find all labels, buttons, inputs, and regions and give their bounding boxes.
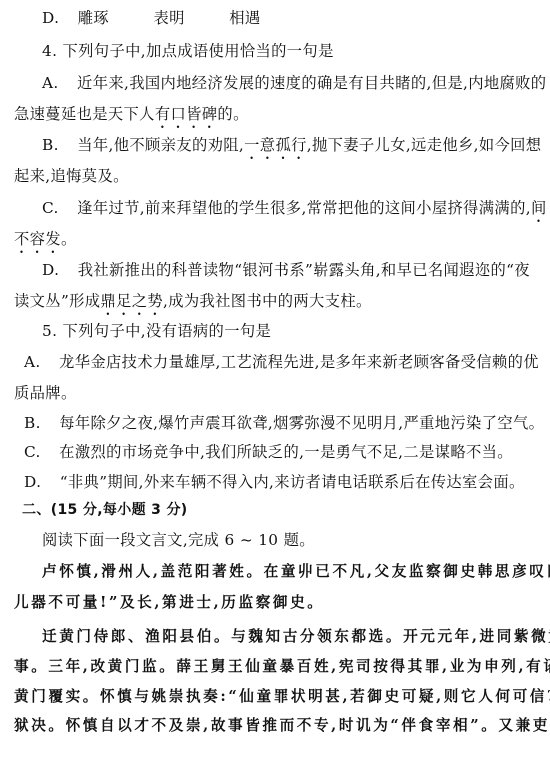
question-4-option-c-line-2: 不容发。 bbox=[14, 229, 77, 257]
option-label: D. bbox=[42, 9, 59, 27]
passage-line: 儿器不可量!”及长,第进士,历监察御史。 bbox=[14, 593, 324, 613]
emphasized-idiom: 间 bbox=[531, 199, 547, 217]
option-text: 每年除夕之夜,爆竹声震耳欲聋,烟雾弥漫不见明月,严重地污染了空气。 bbox=[59, 414, 544, 432]
option-text: 。 bbox=[61, 230, 77, 248]
question-4-option-b-line-1: B. 当年,他不顾亲友的劝阻,一意孤行,抛下妻子儿女,远走他乡,如今回想 bbox=[42, 135, 541, 163]
question-4-option-b-line-2: 起来,追悔莫及。 bbox=[14, 166, 129, 186]
option-label: D. bbox=[24, 473, 41, 491]
option-label: A. bbox=[42, 74, 59, 92]
option-label: D. bbox=[42, 261, 59, 279]
question-5-option-b: B. 每年除夕之夜,爆竹声震耳欲聋,烟雾弥漫不见明月,严重地污染了空气。 bbox=[24, 413, 544, 433]
option-text: 急速蔓延也是天下人 bbox=[14, 105, 155, 123]
question-4-option-a-line-2: 急速蔓延也是天下人有口皆碑的。 bbox=[14, 104, 249, 132]
section-2-instruction: 阅读下面一段文言文,完成 6 ~ 10 题。 bbox=[42, 530, 315, 550]
question-5-stem: 5. 下列句子中,没有语病的一句是 bbox=[42, 321, 271, 341]
option-label: B. bbox=[42, 136, 59, 154]
option-text: 逢年过节,前来拜望他的学生很多,常常把他的这间小屋挤得满满的, bbox=[77, 199, 531, 217]
passage-line: 狱决。怀慎自以才不及崇,故事皆推而不专,时讥为“伴食宰相”。又兼吏部尚书, bbox=[14, 716, 550, 736]
emphasized-idiom: 有口皆碑 bbox=[155, 105, 218, 123]
word-2: 表明 bbox=[153, 9, 184, 27]
question-3-option-d: D. 雕琢 表明 相遇 bbox=[42, 8, 261, 28]
passage-line: 迁黄门侍郎、渔阳县伯。与魏知古分领东都选。开元元年,进同紫微黄门平章 bbox=[42, 627, 550, 647]
question-5-option-a-line-1: A. 龙华金店技术力量雄厚,工艺流程先进,是多年来新老顾客备受信赖的优 bbox=[24, 352, 539, 372]
passage-line: 卢怀慎,滑州人,盖范阳著姓。在童丱已不凡,父友监察御史韩思彦叹曰:“此 bbox=[42, 562, 550, 582]
question-4-option-a-line-1: A. 近年来,我国内地经济发展的速度的确是有目共睹的,但是,内地腐败的 bbox=[42, 73, 546, 93]
option-text: 的。 bbox=[217, 105, 248, 123]
option-text: 在激烈的市场竞争中,我们所缺乏的,一是勇气不足,二是谋略不当。 bbox=[59, 443, 513, 461]
emphasized-idiom: 不容发 bbox=[14, 230, 61, 248]
question-4-option-d-line-2: 读文丛”形成鼎足之势,成为我社图书中的两大支柱。 bbox=[14, 291, 372, 319]
question-4-stem: 4. 下列句子中,加点成语使用恰当的一句是 bbox=[42, 41, 334, 61]
word-1: 雕琢 bbox=[78, 9, 109, 27]
option-text: 我社新推出的科普读物“银河书系”崭露头角,和早已名闻遐迩的“夜 bbox=[78, 261, 530, 279]
emphasized-idiom: 一意孤行 bbox=[244, 136, 307, 154]
option-text: 近年来,我国内地经济发展的速度的确是有目共睹的,但是,内地腐败的 bbox=[77, 74, 546, 92]
emphasized-idiom: 鼎足之势 bbox=[100, 292, 163, 310]
option-text: “非典”期间,外来车辆不得入内,来访者请电话联系后在传达室会面。 bbox=[60, 473, 525, 491]
question-5-option-c: C. 在激烈的市场竞争中,我们所缺乏的,一是勇气不足,二是谋略不当。 bbox=[24, 442, 513, 462]
option-text: ,抛下妻子儿女,远走他乡,如今回想 bbox=[307, 136, 542, 154]
option-text: 读文丛”形成 bbox=[14, 292, 100, 310]
option-label: C. bbox=[24, 443, 41, 461]
section-2-heading: 二、(15 分,每小题 3 分) bbox=[22, 500, 188, 520]
word-3: 相遇 bbox=[229, 9, 260, 27]
question-5-option-a-line-2: 质品牌。 bbox=[14, 383, 77, 403]
question-4-option-d-line-1: D. 我社新推出的科普读物“银河书系”崭露头角,和早已名闻遐迩的“夜 bbox=[42, 260, 530, 280]
option-label: C. bbox=[42, 199, 59, 217]
question-4-option-c-line-1: C. 逢年过节,前来拜望他的学生很多,常常把他的这间小屋挤得满满的,间 bbox=[42, 198, 547, 226]
passage-line: 黄门覆实。怀慎与姚崇执奏:“仙童罪状明甚,若御史可疑,则它人何可信?”由是 bbox=[14, 687, 550, 707]
option-text: ,成为我社图书中的两大支柱。 bbox=[163, 292, 372, 310]
option-label: A. bbox=[24, 353, 41, 371]
option-label: B. bbox=[24, 414, 41, 432]
option-text: 龙华金店技术力量雄厚,工艺流程先进,是多年来新老顾客备受信赖的优 bbox=[59, 353, 539, 371]
question-5-option-d: D. “非典”期间,外来车辆不得入内,来访者请电话联系后在传达室会面。 bbox=[24, 472, 525, 492]
passage-line: 事。三年,改黄门监。薛王舅王仙童暴百姓,宪司按得其罪,业为申列,有诏紫微、 bbox=[14, 657, 550, 677]
option-text: 当年,他不顾亲友的劝阻, bbox=[77, 136, 244, 154]
